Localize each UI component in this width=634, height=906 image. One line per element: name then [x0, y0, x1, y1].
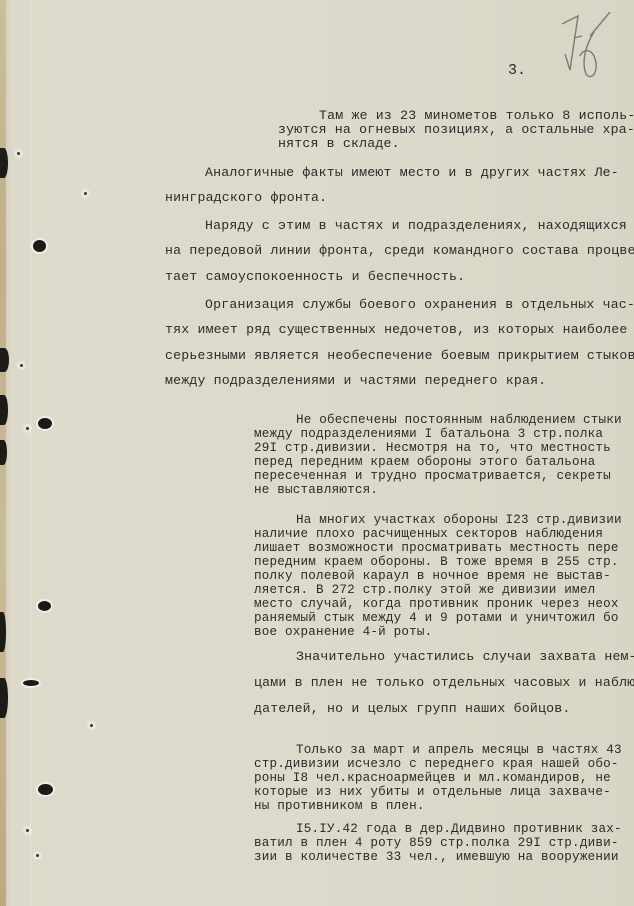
text-line: вое охранение 4-й роты.: [254, 626, 432, 639]
binding-hole: [38, 601, 51, 611]
document-page: 75 3. Там же из 23 минометов только 8 ис…: [0, 0, 634, 906]
text-line: стр.дивизии исчезло с переднего края наш…: [254, 758, 619, 771]
text-line: перед передним краем обороны этого батал…: [254, 456, 595, 469]
binding-hole: [38, 784, 53, 795]
page-number: 3.: [508, 62, 526, 79]
text-line: роны I8 чел.красноармейцев и мл.командир…: [254, 772, 611, 785]
text-line: Аналогичные факты имеют место и в других…: [205, 165, 619, 180]
binding-hole: [0, 348, 9, 372]
binding-hole: [38, 418, 52, 429]
text-line: Организация службы боевого охранения в о…: [205, 297, 634, 312]
text-line: зуются на огневых позициях, а остальные …: [278, 122, 634, 137]
text-line: нинградского фронта.: [165, 190, 327, 205]
text-line: на передовой линии фронта, среди командн…: [165, 243, 634, 258]
pin-hole: [36, 854, 39, 857]
text-line: ляется. В 272 стр.полку этой же дивизии …: [254, 584, 595, 597]
text-line: лишает возможности просматривать местнос…: [254, 542, 619, 555]
text-line: На многих участках обороны I23 стр.дивиз…: [296, 514, 622, 527]
text-line: не выставляются.: [254, 484, 378, 497]
text-line: цами в плен не только отдельных часовых …: [254, 675, 634, 690]
text-line: наличие плохо расчищенных секторов наблю…: [254, 528, 603, 541]
text-line: 29I стр.дивизии. Несмотря на то, что мес…: [254, 442, 611, 455]
pin-hole: [17, 152, 20, 155]
text-line: Наряду с этим в частях и подразделениях,…: [205, 218, 627, 233]
text-line: ны противником в плен.: [254, 800, 425, 813]
binding-hole: [0, 395, 8, 425]
text-line: нятся в складе.: [278, 136, 400, 151]
binding-hole: [0, 148, 8, 178]
binding-hole: [0, 678, 8, 718]
handwritten-folio-number: 75: [560, 12, 620, 82]
pin-hole: [90, 724, 93, 727]
text-line: полку полевой караул в ночное время не в…: [254, 570, 611, 583]
text-line: Там же из 23 минометов только 8 исполь-: [319, 108, 634, 123]
text-line: зии в количестве 33 чел., имевшую на воо…: [254, 851, 619, 864]
binding-hole: [33, 240, 46, 252]
text-line: между подразделениями и частями переднег…: [165, 373, 546, 388]
pin-hole: [84, 192, 87, 195]
text-line: Не обеспечены постоянным наблюдением сты…: [296, 414, 622, 427]
text-line: между подразделениями I батальона 3 стр.…: [254, 428, 603, 441]
binding-hole: [0, 612, 6, 652]
text-line: дателей, но и целых групп наших бойцов.: [254, 701, 570, 716]
text-line: ватил в плен 4 роту 859 стр.полка 29I ст…: [254, 837, 619, 850]
pin-hole: [26, 829, 29, 832]
text-line: тает самоуспокоенность и беспечность.: [165, 269, 465, 284]
binding-hole: [23, 680, 39, 686]
pin-hole: [20, 364, 23, 367]
text-line: тях имеет ряд существенных недочетов, из…: [165, 322, 628, 337]
text-line: Значительно участились случаи захвата не…: [296, 649, 634, 664]
text-line: место случай, когда противник проник чер…: [254, 598, 619, 611]
binding-hole: [0, 440, 7, 465]
text-line: передним краем обороны. В тоже время в 2…: [254, 556, 619, 569]
text-line: которые из них убиты и отдельные лица за…: [254, 786, 611, 799]
text-line: раняемый стык между 4 и 9 ротами и уничт…: [254, 612, 619, 625]
text-line: серьезными является необеспечение боевым…: [165, 348, 634, 363]
text-line: Только за март и апрель месяцы в частях …: [296, 744, 622, 757]
text-line: пересеченная и трудно просматривается, с…: [254, 470, 611, 483]
paper-fold: [30, 0, 31, 906]
text-line: I5.IУ.42 года в дер.Дидвино противник за…: [296, 823, 622, 836]
pin-hole: [26, 427, 29, 430]
